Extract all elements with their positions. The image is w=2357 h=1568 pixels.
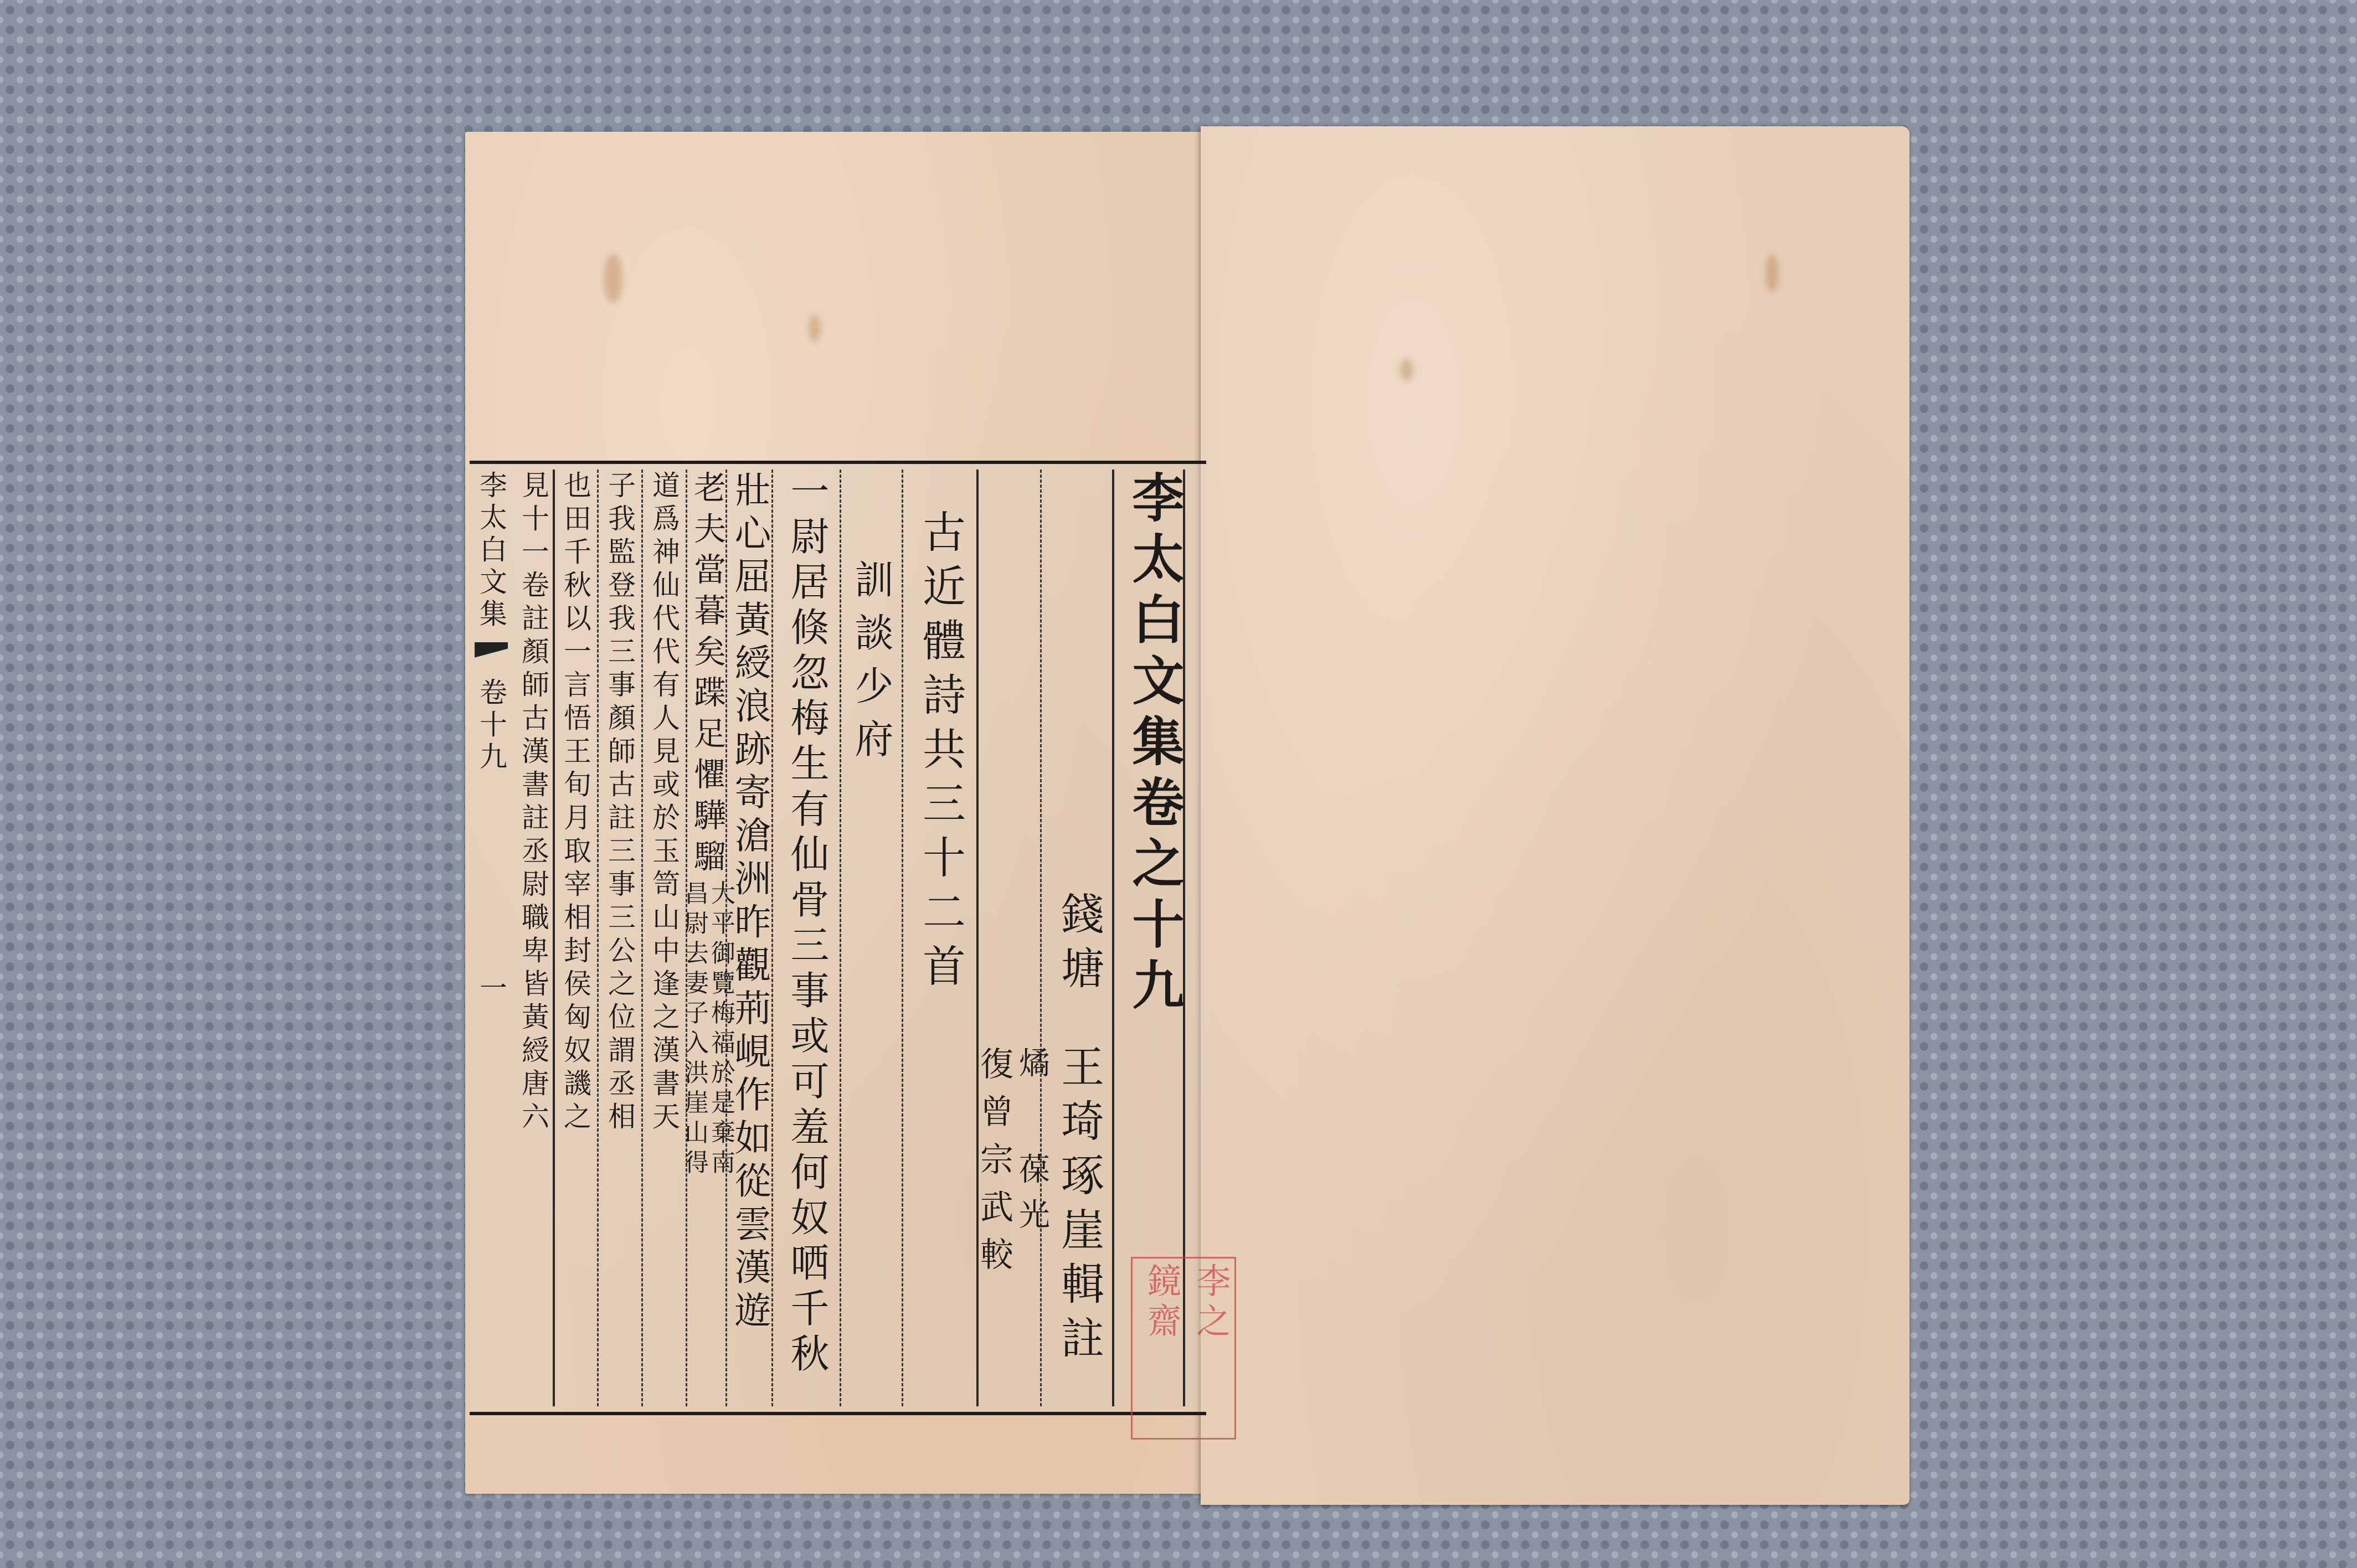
paper-stain (604, 254, 622, 303)
section-heading: 古近體詩共三十二首 (907, 471, 974, 1405)
banxin-page-number: 一 (477, 973, 505, 1015)
right-blank-page (1201, 126, 1910, 1505)
commentary-column: 老夫當暮矣蹀足懼驊騮 大平御覽梅福於是棄南 昌尉去妻子入洪崖山得 (688, 471, 726, 1405)
section-heading-text: 古近體詩共三十二首 (909, 509, 971, 998)
printed-text-block: 李太白文集卷之十九 錢塘 王琦琢崖輯註 燏 葆光 復曾宗武 較 古近體詩共三十二… (470, 461, 1206, 1415)
compiler-name: 王琦琢崖輯註 (1048, 1044, 1110, 1370)
commentary-column: 子我監登我三事顏師古註三事三公之位謂丞相 (598, 471, 641, 1405)
seal-char-col: 鏡齋 (1137, 1263, 1186, 1433)
paper-stain (809, 314, 821, 342)
proofreaders: 燏 葆光 復曾宗武 較 (985, 471, 1040, 1405)
poem-title-text: 訓談少府 (852, 559, 891, 772)
column-rule (902, 470, 903, 1406)
banxin-volume: 卷十九 (477, 678, 505, 774)
volume-title-text: 李太白文集卷之十九 (1128, 471, 1180, 1019)
collector-seal: 李之 鏡齋 (1131, 1257, 1236, 1440)
proofreader-a: 葆光 (1016, 1153, 1047, 1244)
proofreader-b: 復曾宗武 (977, 1046, 1011, 1237)
banxin-center-column: 李太白文集 卷十九 一 (472, 471, 511, 1405)
commentary-column: 道爲神仙代代有人見或於玉笥山中逢之漢書天 (642, 471, 686, 1405)
paper-stain (1400, 359, 1413, 381)
compiler-place: 錢塘 (1048, 891, 1110, 1000)
fishtail-mark-icon (475, 642, 508, 667)
compiler-line: 錢塘 王琦琢崖輯註 (1046, 471, 1112, 1405)
commentary-column: 見十一卷註顏師古漢書註丞尉職卑皆黃綬唐六 (514, 471, 553, 1405)
column-rule (771, 470, 773, 1406)
banxin-title: 李太白文集 (477, 471, 505, 631)
paper-stain (1766, 254, 1779, 292)
commentary-column: 也田千秋以一言悟王旬月取宰相封侯匈奴譏之 (554, 471, 597, 1405)
poem-line-1: 一尉居倏忽梅生有仙骨三事或可羞何奴哂千秋 (774, 471, 840, 1405)
poem-title: 訓談少府 (841, 471, 902, 1405)
column-rule (1112, 470, 1114, 1406)
seal-char-col: 李之 (1186, 1263, 1236, 1433)
proofreader-a-first: 燏 (1016, 1046, 1047, 1092)
